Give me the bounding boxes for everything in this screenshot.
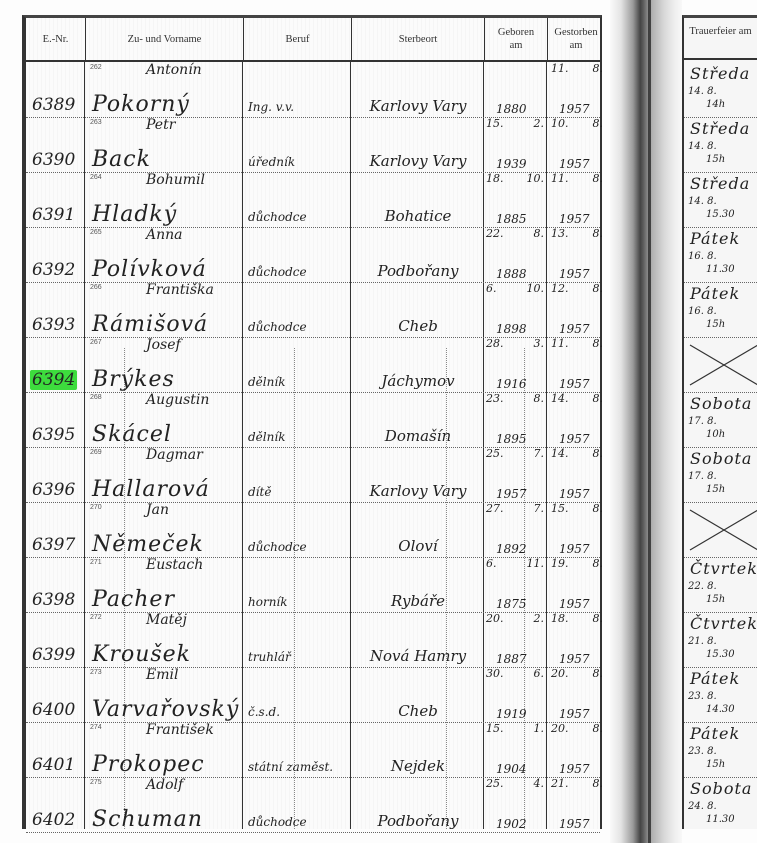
entry-number: 6390 [32,150,84,170]
trauerfeier-entry: Pátek16. 8.15h [684,282,757,338]
sequence-number: 274 [90,724,102,731]
death-month: 8. [593,392,604,405]
table-row: 6395268AugustinSkáceldělníkDomašín23.8.1… [26,392,600,448]
trauerfeier-entry: Středa14. 8.14h [684,62,757,118]
death-month: 8. [593,722,604,735]
occupation: důchodce [248,815,353,829]
death-year: 1957 [559,817,590,831]
funeral-time: 14.30 [706,704,735,715]
place-of-death: Karlovy Vary [354,482,482,500]
birth-month: 1. [534,722,545,735]
given-name: Emil [146,667,178,683]
birth-year: 1902 [496,817,527,831]
surname: Hallarová [92,477,210,502]
death-year: 1957 [559,542,590,556]
trauerfeier-entry: Čtvrtek21. 8.15.30 [684,612,757,668]
funeral-date: 23. 8. [688,691,717,702]
death-day-month: 12.8. [551,282,603,295]
table-row: 6393266FrantiškaRámišovádůchodceCheb6.10… [26,282,600,338]
scanned-ledger-page: E.-Nr. Zu- und Vorname Beruf Sterbeort G… [0,0,757,843]
surname: Back [92,147,151,172]
given-name: Petr [146,117,175,133]
table-row: 6394267JosefBrýkesdělníkJáchymov28.3.191… [26,337,600,393]
trauerfeier-entry: Čtvrtek22. 8.15h [684,557,757,613]
sequence-number: 262 [90,64,102,71]
entry-number-text: 6399 [32,645,75,665]
death-day-month: 11.8. [551,62,603,75]
given-name: Antonín [146,62,202,78]
birth-month: 8. [534,392,545,405]
death-day: 12. [551,282,569,295]
birth-month: 10. [527,282,545,295]
birth-month: 3. [534,337,545,350]
occupation: dítě [248,485,353,499]
table-row: 6391264BohumilHladkýdůchodceBohatice18.1… [26,172,600,228]
funeral-time: 15h [706,484,725,495]
given-name: Bohumil [146,172,205,188]
death-month: 8. [593,667,604,680]
funeral-time: 10h [706,429,725,440]
facing-page-column: Trauerfeier am Středa14. 8.14hStředa14. … [682,15,757,829]
given-name: František [146,722,214,738]
surname: Hladký [92,202,177,227]
table-row: 6402275AdolfSchumandůchodcePodbořany25.4… [26,777,600,833]
place-of-death: Karlovy Vary [354,97,482,115]
birth-month: 2. [534,612,545,625]
table-row: 6389262AntonínPokornýIng. v.v.Karlovy Va… [26,62,600,118]
birth-year: 1919 [496,707,527,721]
entry-number-text: 6402 [32,810,75,830]
surname: Prokopec [92,752,205,777]
birth-year: 1939 [496,157,527,171]
table-row: 6390263PetrBackúředníkKarlovy Vary15.2.1… [26,117,600,173]
death-day-month: 21.8. [551,777,603,790]
crossed-out-mark-icon [688,343,757,387]
entry-number-text: 6395 [32,425,75,445]
death-year: 1957 [559,432,590,446]
funeral-date: 17. 8. [688,471,717,482]
birth-month: 11. [527,557,545,570]
birth-day-month: 27.7. [486,502,544,515]
trauerfeier-entry [684,337,757,393]
funeral-date: 22. 8. [688,581,717,592]
death-day: 11. [551,337,569,350]
birth-month: 7. [534,447,545,460]
funeral-weekday: Pátek [690,284,740,303]
birth-day-month: 15.2. [486,117,544,130]
death-month: 8. [593,62,604,75]
death-day: 11. [551,172,569,185]
birth-year: 1898 [496,322,527,336]
death-day: 13. [551,227,569,240]
entry-number-text: 6390 [32,150,75,170]
birth-day: 18. [486,172,504,185]
death-month: 8. [593,227,604,240]
birth-day: 23. [486,392,504,405]
sequence-number: 272 [90,614,102,621]
death-day-month: 18.8. [551,612,603,625]
funeral-time: 11.30 [706,814,735,825]
given-name: Adolf [146,777,183,793]
death-day: 15. [551,502,569,515]
death-day: 19. [551,557,569,570]
surname: Schuman [92,807,203,832]
birth-year: 1887 [496,652,527,666]
sequence-number: 265 [90,229,102,236]
birth-month: 2. [534,117,545,130]
funeral-date: 24. 8. [688,801,717,812]
given-name: Eustach [146,557,203,573]
funeral-weekday: Pátek [690,724,740,743]
trauerfeier-entry: Sobota24. 8.11.30 [684,777,757,829]
death-year: 1957 [559,157,590,171]
birth-day: 22. [486,227,504,240]
entry-number: 6391 [32,205,84,225]
entry-number: 6389 [32,95,84,115]
sequence-number: 268 [90,394,102,401]
funeral-date: 14. 8. [688,141,717,152]
birth-day: 15. [486,117,504,130]
birth-day-month: 30.6. [486,667,544,680]
birth-day-month: 20.2. [486,612,544,625]
place-of-death: Karlovy Vary [354,152,482,170]
funeral-time: 15.30 [706,209,735,220]
death-year: 1957 [559,377,590,391]
place-of-death: Bohatice [354,207,482,225]
trauerfeier-entry: Sobota17. 8.15h [684,447,757,503]
death-day-month: 13.8. [551,227,603,240]
birth-day-month: 25.7. [486,447,544,460]
funeral-time: 15.30 [706,649,735,660]
death-year: 1957 [559,652,590,666]
entry-number: 6399 [32,645,84,665]
death-day-month: 10.8. [551,117,603,130]
death-register-table: E.-Nr. Zu- und Vorname Beruf Sterbeort G… [22,15,602,829]
funeral-weekday: Čtvrtek [690,614,757,633]
table-row: 6401274FrantišekProkopecstátní zaměst.Ne… [26,722,600,778]
occupation: důchodce [248,265,353,279]
place-of-death: Nová Hamry [354,647,482,665]
occupation: truhlář [248,650,353,664]
surname: Němeček [92,532,204,557]
table-header: E.-Nr. Zu- und Vorname Beruf Sterbeort G… [26,18,600,62]
place-of-death: Domašín [354,427,482,445]
entry-number: 6395 [32,425,84,445]
sequence-number: 273 [90,669,102,676]
birth-year: 1916 [496,377,527,391]
header-beruf: Beruf [244,18,352,60]
funeral-weekday: Pátek [690,229,740,248]
death-year: 1957 [559,487,590,501]
death-month: 8. [593,612,604,625]
sequence-number: 275 [90,779,102,786]
death-year: 1957 [559,322,590,336]
occupation: důchodce [248,210,353,224]
place-of-death: Rybáře [354,592,482,610]
funeral-date: 16. 8. [688,251,717,262]
funeral-time: 15h [706,759,725,770]
death-day: 14. [551,392,569,405]
entry-number-text: 6389 [32,95,75,115]
birth-year: 1888 [496,267,527,281]
death-year: 1957 [559,762,590,776]
entry-number: 6401 [32,755,84,775]
death-day-month: 20.8. [551,667,603,680]
death-month: 8. [593,282,604,295]
birth-day-month: 25.4. [486,777,544,790]
given-name: Josef [146,337,181,353]
place-of-death: Oloví [354,537,482,555]
birth-day-month: 23.8. [486,392,544,405]
trauerfeier-entry: Pátek23. 8.14.30 [684,667,757,723]
trauerfeier-entry [684,502,757,558]
birth-day: 25. [486,447,504,460]
birth-day-month: 28.3. [486,337,544,350]
given-name: Matěj [146,612,187,628]
funeral-weekday: Pátek [690,669,740,688]
funeral-time: 15h [706,594,725,605]
sequence-number: 263 [90,119,102,126]
table-row: 6397270JanNěmečekdůchodceOloví27.7.18921… [26,502,600,558]
table-row: 6396269DagmarHallarovádítěKarlovy Vary25… [26,447,600,503]
surname: Kroušek [92,642,191,667]
table-row: 6398271EustachPacherhorníkRybáře6.11.187… [26,557,600,613]
birth-day: 28. [486,337,504,350]
entry-number-text: 6396 [32,480,75,500]
birth-day: 30. [486,667,504,680]
occupation: důchodce [248,320,353,334]
funeral-date: 16. 8. [688,306,717,317]
occupation: úředník [248,155,353,169]
death-year: 1957 [559,267,590,281]
entry-number-text: 6401 [32,755,75,775]
birth-day: 6. [486,282,497,295]
death-day: 18. [551,612,569,625]
death-day-month: 11.8. [551,337,603,350]
death-month: 8. [593,117,604,130]
funeral-weekday: Sobota [690,449,752,468]
funeral-date: 14. 8. [688,86,717,97]
death-day: 10. [551,117,569,130]
header-gestorben: Gestorben am [548,18,604,60]
funeral-date: 21. 8. [688,636,717,647]
birth-day: 20. [486,612,504,625]
entry-number: 6394 [32,370,84,390]
table-row: 6392265AnnaPolívkovádůchodcePodbořany22.… [26,227,600,283]
entry-number: 6402 [32,810,84,830]
given-name: Františka [146,282,214,298]
funeral-date: 17. 8. [688,416,717,427]
birth-month: 6. [534,667,545,680]
sequence-number: 264 [90,174,102,181]
entry-number: 6392 [32,260,84,280]
crossed-out-mark-icon [688,508,757,552]
birth-year: 1957 [496,487,527,501]
birth-day-month: 6.10. [486,282,544,295]
birth-day-month: 18.10. [486,172,544,185]
death-month: 8. [593,777,604,790]
entry-number: 6393 [32,315,84,335]
birth-year: 1880 [496,102,527,116]
place-of-death: Cheb [354,317,482,335]
place-of-death: Nejdek [354,757,482,775]
sequence-number: 270 [90,504,102,511]
birth-month: 8. [534,227,545,240]
place-of-death: Cheb [354,702,482,720]
header-trauerfeier: Trauerfeier am [684,18,757,60]
header-sterbeort: Sterbeort [352,18,485,60]
place-of-death: Podbořany [354,262,482,280]
death-day: 14. [551,447,569,460]
entry-number-text: 6398 [32,590,75,610]
funeral-weekday: Středa [690,119,750,138]
birth-month: 4. [534,777,545,790]
surname: Varvařovský [92,697,239,722]
birth-day-month: 6.11. [486,557,544,570]
highlighted-entry-number: 6394 [30,370,77,390]
death-year: 1957 [559,212,590,226]
surname: Pacher [92,587,175,612]
trauerfeier-entry: Sobota17. 8.10h [684,392,757,448]
birth-year: 1885 [496,212,527,226]
death-day-month: 11.8. [551,172,603,185]
trauerfeier-entry: Pátek23. 8.15h [684,722,757,778]
birth-day-month: 22.8. [486,227,544,240]
death-day: 11. [551,62,569,75]
funeral-time: 15h [706,154,725,165]
occupation: č.s.d. [248,705,353,719]
occupation: státní zaměst. [248,760,353,774]
funeral-time: 14h [706,99,725,110]
given-name: Augustin [146,392,209,408]
entry-number-text: 6391 [32,205,75,225]
funeral-weekday: Čtvrtek [690,559,757,578]
death-day: 20. [551,667,569,680]
trauerfeier-entry: Středa14. 8.15h [684,117,757,173]
occupation: dělník [248,430,353,444]
death-year: 1957 [559,102,590,116]
birth-year: 1895 [496,432,527,446]
surname: Pokorný [92,92,190,117]
entry-number: 6400 [32,700,84,720]
given-name: Anna [146,227,183,243]
death-month: 8. [593,447,604,460]
death-year: 1957 [559,597,590,611]
funeral-time: 11.30 [706,264,735,275]
death-month: 8. [593,502,604,515]
header-geboren: Geboren am [485,18,548,60]
death-month: 8. [593,172,604,185]
sequence-number: 269 [90,449,102,456]
place-of-death: Podbořany [354,812,482,830]
death-month: 8. [593,337,604,350]
funeral-weekday: Středa [690,64,750,83]
given-name: Jan [146,502,169,518]
sequence-number: 271 [90,559,102,566]
given-name: Dagmar [146,447,203,463]
death-year: 1957 [559,707,590,721]
death-day-month: 14.8. [551,447,603,460]
birth-month: 10. [527,172,545,185]
sequence-number: 267 [90,339,102,346]
death-day-month: 15.8. [551,502,603,515]
book-gutter-line [648,0,651,843]
death-day-month: 19.8. [551,557,603,570]
funeral-time: 15h [706,319,725,330]
funeral-weekday: Sobota [690,779,752,798]
occupation: horník [248,595,353,609]
birth-day: 25. [486,777,504,790]
occupation: Ing. v.v. [248,100,353,114]
birth-day: 27. [486,502,504,515]
surname: Polívková [92,257,207,282]
death-day: 20. [551,722,569,735]
funeral-weekday: Sobota [690,394,752,413]
entry-number: 6397 [32,535,84,555]
entry-number-text: 6400 [32,700,75,720]
death-day-month: 14.8. [551,392,603,405]
trauerfeier-entry: Pátek16. 8.11.30 [684,227,757,283]
table-row: 6400273EmilVarvařovskýč.s.d.Cheb30.6.191… [26,667,600,723]
place-of-death: Jáchymov [354,372,482,390]
birth-year: 1892 [496,542,527,556]
birth-year: 1875 [496,597,527,611]
death-day: 21. [551,777,569,790]
birth-day-month: 15.1. [486,722,544,735]
surname: Rámišová [92,312,208,337]
birth-year: 1904 [496,762,527,776]
funeral-date: 23. 8. [688,746,717,757]
birth-day: 15. [486,722,504,735]
header-name: Zu- und Vorname [86,18,244,60]
entry-number: 6396 [32,480,84,500]
occupation: dělník [248,375,353,389]
entry-number: 6398 [32,590,84,610]
birth-month: 7. [534,502,545,515]
funeral-weekday: Středa [690,174,750,193]
death-month: 8. [593,557,604,570]
entry-number-text: 6397 [32,535,75,555]
surname: Brýkes [92,367,175,392]
surname: Skácel [92,422,172,447]
trauerfeier-entry: Středa14. 8.15.30 [684,172,757,228]
occupation: důchodce [248,540,353,554]
funeral-date: 14. 8. [688,196,717,207]
death-day-month: 20.8. [551,722,603,735]
sequence-number: 266 [90,284,102,291]
book-binding-shadow [610,0,682,843]
table-row: 6399272MatějKroušektruhlářNová Hamry20.2… [26,612,600,668]
entry-number-text: 6393 [32,315,75,335]
birth-day: 6. [486,557,497,570]
entry-number-text: 6392 [32,260,75,280]
header-enr: E.-Nr. [26,18,86,60]
